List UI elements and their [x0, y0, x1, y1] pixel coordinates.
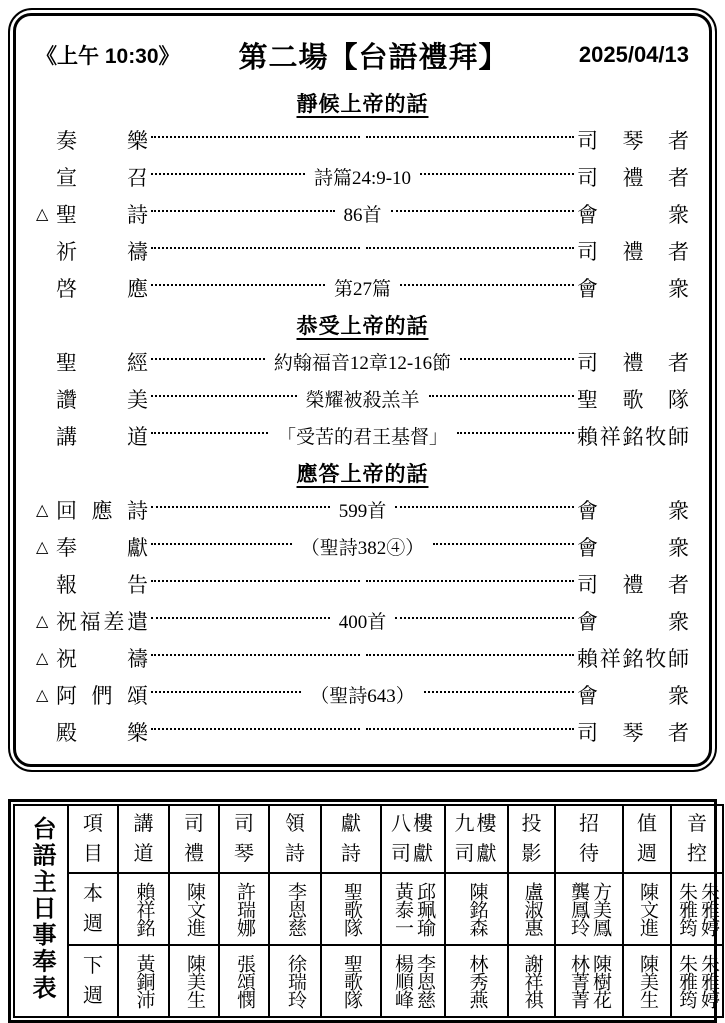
- person-name: 黃銅沛: [133, 954, 155, 1008]
- duty-col-header: 講道: [118, 805, 169, 873]
- item-role: 司琴者: [577, 125, 689, 155]
- service-item: 聖經 約翰福音12章12-16節 司禮者: [36, 343, 689, 380]
- duty-row-next-week: 下週 黃銅沛 陳美生 張頌憫 徐瑞玲 聖歌隊 李恩慈楊順峰 林秀燕 謝祥祺 陳樹…: [14, 945, 723, 1017]
- duty-row-this-week: 本週 賴祥銘 陳文進 許瑞娜 李恩慈 聖歌隊 邱珮瑜黃泰一 陳銘森 盧淑惠 方美…: [14, 873, 723, 945]
- duty-col-header: 領詩: [269, 805, 321, 873]
- person-name: 李恩慈: [284, 882, 306, 936]
- dotted-leader: [151, 136, 360, 138]
- person-name: 黃泰一: [391, 882, 413, 936]
- service-item: 報告 司禮者: [36, 565, 689, 602]
- duty-col-header: 值週: [623, 805, 671, 873]
- item-role: 賴祥銘牧師: [577, 643, 689, 673]
- duty-row-label: 下週: [68, 945, 118, 1017]
- duty-table-title: 台語主日事奉表: [18, 816, 64, 1002]
- item-name: 阿們頌: [56, 680, 148, 710]
- duty-table-title-cell: 台語主日事奉表: [14, 805, 68, 1017]
- service-item: △ 回應詩 599首 會衆: [36, 491, 689, 528]
- col-header-text: 投影: [520, 809, 543, 869]
- item-content: 約翰福音12章12-16節: [268, 348, 457, 375]
- service-time: 《上午 10:30》: [36, 40, 208, 70]
- dotted-leader: [366, 247, 575, 249]
- duty-col-header: 獻詩: [321, 805, 381, 873]
- person-name: 陳美生: [183, 954, 205, 1008]
- person-name: 李恩慈: [413, 954, 435, 1008]
- dotted-leader: [400, 284, 574, 286]
- duty-col-header: 投影: [508, 805, 555, 873]
- item-role: 會衆: [577, 606, 689, 636]
- item-name: 啓應: [56, 273, 148, 303]
- dotted-leader: [151, 728, 360, 730]
- dotted-leader: [151, 210, 335, 212]
- item-role: 聖歌隊: [577, 384, 689, 414]
- program-rows: 靜候上帝的話 奏樂 司琴者 宣召 詩篇24:9-10 司禮者: [36, 84, 689, 750]
- person-name: 龔鳳玲: [567, 882, 589, 936]
- dotted-leader: [391, 210, 575, 212]
- row-label-text: 下週: [82, 951, 105, 1011]
- program-box-inner: 《上午 10:30》 第二場【台語禮拜】 2025/04/13 靜候上帝的話 奏…: [13, 13, 712, 767]
- item-content: 86首: [338, 200, 388, 227]
- duty-cell: 陳銘森: [445, 873, 508, 945]
- dotted-leader: [420, 173, 574, 175]
- person-name: 張頌憫: [233, 954, 255, 1008]
- item-name: 祝禱: [56, 643, 148, 673]
- duty-cell: 林秀燕: [445, 945, 508, 1017]
- col-header-text: 司琴: [233, 809, 256, 869]
- service-item: 啓應 第27篇 會衆: [36, 269, 689, 306]
- person-name: 朱雅筠: [675, 954, 697, 1008]
- service-item: △ 祝禱 賴祥銘牧師: [36, 639, 689, 676]
- section-heading-text: 靜候上帝的話: [297, 88, 429, 118]
- person-name: 許瑞娜: [233, 882, 255, 936]
- item-role: 司禮者: [577, 347, 689, 377]
- duty-col-header: 音控: [671, 805, 723, 873]
- dotted-leader: [457, 432, 574, 434]
- dotted-leader: [395, 506, 574, 508]
- duty-cell: 朱雅婷朱雅筠: [671, 945, 723, 1017]
- dotted-leader: [151, 580, 360, 582]
- item-role: 司禮者: [577, 236, 689, 266]
- dotted-leader: [366, 654, 575, 656]
- dotted-leader: [151, 506, 330, 508]
- section-heading-text: 恭受上帝的話: [297, 310, 429, 340]
- duty-cell: 許瑞娜: [219, 873, 269, 945]
- col-header-text: 講道: [132, 809, 155, 869]
- item-content: （聖詩382④）: [295, 533, 431, 560]
- stand-mark: △: [36, 611, 56, 631]
- duty-cell: 張頌憫: [219, 945, 269, 1017]
- item-content: （聖詩643）: [304, 681, 421, 708]
- item-role: 賴祥銘牧師: [577, 421, 689, 451]
- col-header-text: 招待: [578, 809, 601, 869]
- duty-cell: 黃銅沛: [118, 945, 169, 1017]
- duty-col-header: 司琴: [219, 805, 269, 873]
- duty-cell: 聖歌隊: [321, 945, 381, 1017]
- section-heading-text: 應答上帝的話: [297, 458, 429, 488]
- page-title: 第二場【台語禮拜】: [208, 35, 539, 76]
- bulletin-page: 《上午 10:30》 第二場【台語禮拜】 2025/04/13 靜候上帝的話 奏…: [0, 0, 725, 1021]
- item-role: 會衆: [577, 532, 689, 562]
- person-name: 陳美生: [636, 954, 658, 1008]
- person-name: 徐瑞玲: [284, 954, 306, 1008]
- section-heading: 恭受上帝的話: [36, 306, 689, 343]
- dotted-leader: [151, 691, 301, 693]
- duty-cell: 徐瑞玲: [269, 945, 321, 1017]
- person-name: 方美鳳: [589, 882, 611, 936]
- service-item: 宣召 詩篇24:9-10 司禮者: [36, 158, 689, 195]
- dotted-leader: [151, 432, 268, 434]
- program-header: 《上午 10:30》 第二場【台語禮拜】 2025/04/13: [36, 28, 689, 82]
- item-role: 會衆: [577, 273, 689, 303]
- item-name: 聖詩: [56, 199, 148, 229]
- dotted-leader: [433, 543, 574, 545]
- service-item: 讚美 榮耀被殺羔羊 聖歌隊: [36, 380, 689, 417]
- item-role: 會衆: [577, 495, 689, 525]
- person-name: 朱雅婷: [697, 954, 719, 1008]
- section-heading: 靜候上帝的話: [36, 84, 689, 121]
- item-name: 殿樂: [56, 717, 148, 747]
- duty-col-header: 項目: [68, 805, 118, 873]
- person-name: 林秀燕: [466, 954, 488, 1008]
- duty-cell: 陳美生: [623, 945, 671, 1017]
- item-role: 司琴者: [577, 717, 689, 747]
- duty-header-row: 台語主日事奉表 項目 講道 司禮 司琴 領詩 獻詩 八樓司獻 九樓司獻 投影 招…: [14, 805, 723, 873]
- item-name: 祝福差遣: [56, 606, 148, 636]
- item-name: 回應詩: [56, 495, 148, 525]
- item-name: 宣召: [56, 162, 148, 192]
- duty-cell: 李恩慈楊順峰: [381, 945, 445, 1017]
- service-date: 2025/04/13: [539, 42, 689, 68]
- col-header-text: 領詩: [284, 809, 307, 869]
- person-name: 賴祥銘: [133, 882, 155, 936]
- dotted-leader: [151, 654, 360, 656]
- duty-cell: 陳文進: [623, 873, 671, 945]
- duty-cell: 賴祥銘: [118, 873, 169, 945]
- item-role: 會衆: [577, 199, 689, 229]
- stand-mark: △: [36, 685, 56, 705]
- item-name: 讚美: [56, 384, 148, 414]
- col-header-text: 獻詩: [340, 809, 363, 869]
- person-name: 陳文進: [183, 882, 205, 936]
- service-item: 殿樂 司琴者: [36, 713, 689, 750]
- duty-col-header: 招待: [555, 805, 623, 873]
- duty-cell: 邱珮瑜黃泰一: [381, 873, 445, 945]
- person-name: 邱珮瑜: [413, 882, 435, 936]
- dotted-leader: [366, 728, 575, 730]
- stand-mark: △: [36, 537, 56, 557]
- item-role: 司禮者: [577, 569, 689, 599]
- duty-table: 台語主日事奉表 項目 講道 司禮 司琴 領詩 獻詩 八樓司獻 九樓司獻 投影 招…: [8, 799, 717, 1023]
- dotted-leader: [366, 580, 575, 582]
- stand-mark: △: [36, 500, 56, 520]
- item-name: 奉獻: [56, 532, 148, 562]
- person-name: 聖歌隊: [340, 954, 362, 1008]
- service-item: 奏樂 司琴者: [36, 121, 689, 158]
- col-header-text: 音控: [686, 809, 709, 869]
- duty-cell: 聖歌隊: [321, 873, 381, 945]
- stand-mark: △: [36, 204, 56, 224]
- item-content: 第27篇: [328, 274, 397, 301]
- item-content: 榮耀被殺羔羊: [300, 385, 426, 412]
- duty-cell: 盧淑惠: [508, 873, 555, 945]
- service-item: △ 奉獻 （聖詩382④） 會衆: [36, 528, 689, 565]
- service-item: △ 聖詩 86首 會衆: [36, 195, 689, 232]
- col-header-text: 值週: [636, 809, 659, 869]
- person-name: 楊順峰: [391, 954, 413, 1008]
- person-name: 陳銘森: [466, 882, 488, 936]
- item-name: 報告: [56, 569, 148, 599]
- service-item: △ 祝福差遣 400首 會衆: [36, 602, 689, 639]
- dotted-leader: [151, 284, 325, 286]
- duty-cell: 陳美生: [169, 945, 219, 1017]
- item-role: 會衆: [577, 680, 689, 710]
- duty-cell: 謝祥祺: [508, 945, 555, 1017]
- dotted-leader: [151, 617, 330, 619]
- duty-cell: 李恩慈: [269, 873, 321, 945]
- col-header-text: 項目: [82, 809, 105, 869]
- item-content: 599首: [333, 496, 393, 523]
- item-name: 奏樂: [56, 125, 148, 155]
- item-content: 「受苦的君王基督」: [271, 422, 454, 449]
- person-name: 陳文進: [636, 882, 658, 936]
- item-name: 聖經: [56, 347, 148, 377]
- person-name: 陳樹花: [589, 954, 611, 1008]
- dotted-leader: [151, 247, 360, 249]
- duty-cell: 陳樹花林菁菁: [555, 945, 623, 1017]
- person-name: 謝祥祺: [521, 954, 543, 1008]
- duty-roster: 台語主日事奉表 項目 講道 司禮 司琴 領詩 獻詩 八樓司獻 九樓司獻 投影 招…: [13, 804, 724, 1018]
- col-header-text: 八樓司獻: [390, 809, 436, 869]
- person-name: 聖歌隊: [340, 882, 362, 936]
- person-name: 盧淑惠: [521, 882, 543, 936]
- duty-cell: 陳文進: [169, 873, 219, 945]
- service-item: 祈禱 司禮者: [36, 232, 689, 269]
- duty-cell: 方美鳳龔鳳玲: [555, 873, 623, 945]
- duty-col-header: 司禮: [169, 805, 219, 873]
- duty-cell: 朱雅婷朱雅筠: [671, 873, 723, 945]
- person-name: 朱雅筠: [675, 882, 697, 936]
- item-content: 詩篇24:9-10: [308, 163, 417, 190]
- program-box: 《上午 10:30》 第二場【台語禮拜】 2025/04/13 靜候上帝的話 奏…: [8, 8, 717, 772]
- row-label-text: 本週: [82, 879, 105, 939]
- item-role: 司禮者: [577, 162, 689, 192]
- stand-mark: △: [36, 648, 56, 668]
- dotted-leader: [424, 691, 574, 693]
- col-header-text: 司禮: [183, 809, 206, 869]
- duty-col-header: 九樓司獻: [445, 805, 508, 873]
- item-name: 祈禱: [56, 236, 148, 266]
- section-heading: 應答上帝的話: [36, 454, 689, 491]
- dotted-leader: [395, 617, 574, 619]
- dotted-leader: [151, 543, 292, 545]
- duty-row-label: 本週: [68, 873, 118, 945]
- person-name: 朱雅婷: [697, 882, 719, 936]
- item-content: 400首: [333, 607, 393, 634]
- person-name: 林菁菁: [567, 954, 589, 1008]
- dotted-leader: [460, 358, 574, 360]
- dotted-leader: [429, 395, 575, 397]
- dotted-leader: [151, 358, 265, 360]
- item-name: 講道: [56, 421, 148, 451]
- col-header-text: 九樓司獻: [454, 809, 500, 869]
- service-item: △ 阿們頌 （聖詩643） 會衆: [36, 676, 689, 713]
- dotted-leader: [366, 136, 575, 138]
- duty-col-header: 八樓司獻: [381, 805, 445, 873]
- dotted-leader: [151, 395, 297, 397]
- dotted-leader: [151, 173, 305, 175]
- service-item: 講道 「受苦的君王基督」 賴祥銘牧師: [36, 417, 689, 454]
